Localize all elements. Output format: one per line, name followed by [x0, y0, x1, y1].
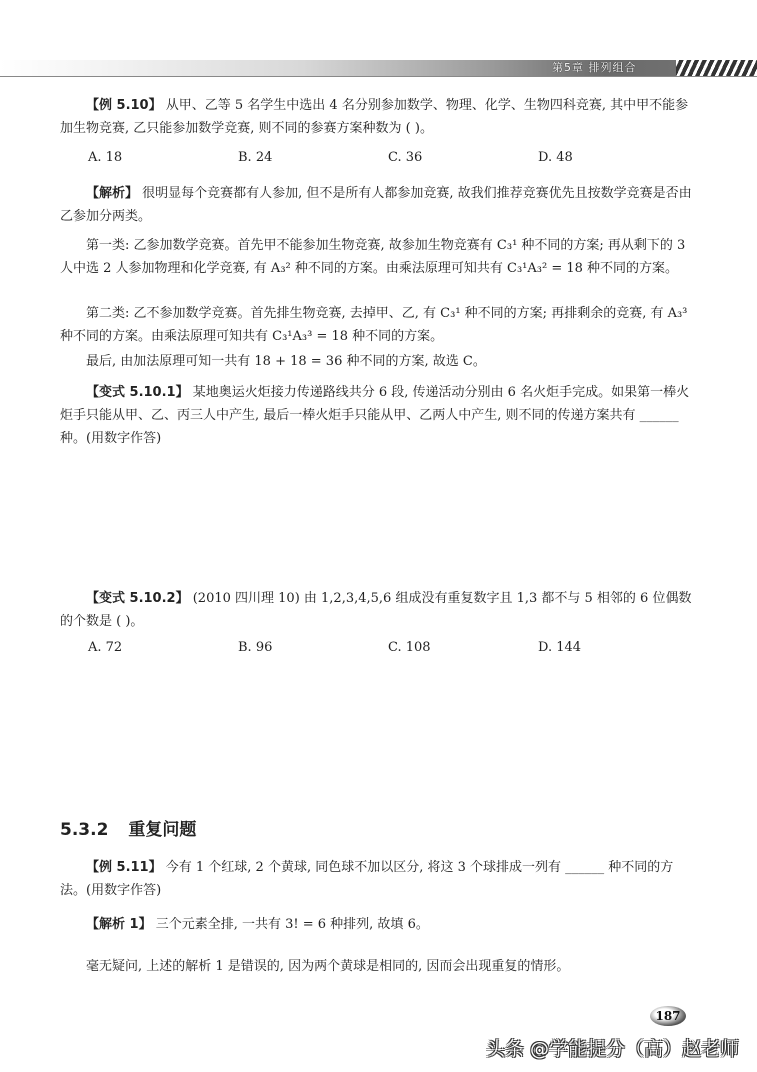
example-tag: 【例 5.10】 [86, 98, 162, 113]
solution-5-10-intro: 【解析】 很明显每个竞赛都有人参加, 但不是所有人都参加竞赛, 故我们推荐竞赛优… [60, 182, 696, 228]
section-heading: 5.3.2 重复问题 [60, 815, 196, 840]
solution-intro: 很明显每个竞赛都有人参加, 但不是所有人都参加竞赛, 故我们推荐竞赛优先且按数学… [60, 186, 692, 224]
page-number: 187 [650, 1006, 686, 1026]
option-a: A. 18 [88, 150, 238, 165]
example-5-10-options: A. 18 B. 24 C. 36 D. 48 [88, 150, 688, 165]
solution-case1: 第一类: 乙参加数学竞赛。首先甲不能参加生物竞赛, 故参加生物竞赛有 C₃¹ 种… [60, 234, 696, 280]
header-stripes [676, 60, 757, 76]
variant-5-10-2: 【变式 5.10.2】 (2010 四川理 10) 由 1,2,3,4,5,6 … [60, 587, 696, 633]
option-d: D. 48 [538, 150, 688, 165]
solution-tag: 【解析 1】 [86, 917, 152, 932]
solution-text: 三个元素全排, 一共有 3! = 6 种排列, 故填 6。 [156, 917, 429, 932]
chapter-title: 第5章 排列组合 [552, 60, 637, 76]
solution-conclusion: 最后, 由加法原理可知一共有 18 + 18 = 36 种不同的方案, 故选 C… [60, 350, 696, 373]
option-b: B. 96 [238, 640, 388, 655]
header-line [0, 76, 757, 77]
option-c: C. 36 [388, 150, 538, 165]
remark: 毫无疑问, 上述的解析 1 是错误的, 因为两个黄球是相同的, 因而会出现重复的… [60, 955, 696, 978]
option-d: D. 144 [538, 640, 688, 655]
variant-tag: 【变式 5.10.2】 [86, 591, 189, 606]
variant-5-10-1: 【变式 5.10.1】 某地奥运火炬接力传递路线共分 6 段, 传递活动分别由 … [60, 381, 696, 450]
example-5-11: 【例 5.11】 今有 1 个红球, 2 个黄球, 同色球不加以区分, 将这 3… [60, 856, 696, 902]
example-5-10: 【例 5.10】 从甲、乙等 5 名学生中选出 4 名分别参加数学、物理、化学、… [60, 94, 696, 140]
option-c: C. 108 [388, 640, 538, 655]
option-b: B. 24 [238, 150, 388, 165]
section-number: 5.3.2 [60, 820, 108, 840]
example-tag: 【例 5.11】 [86, 860, 162, 875]
solution-case2: 第二类: 乙不参加数学竞赛。首先排生物竞赛, 去掉甲、乙, 有 C₃¹ 种不同的… [60, 302, 696, 348]
header-bar [0, 60, 757, 76]
solution-tag: 【解析】 [86, 186, 138, 201]
solution-5-11-1: 【解析 1】 三个元素全排, 一共有 3! = 6 种排列, 故填 6。 [60, 913, 696, 936]
section-title: 重复问题 [128, 820, 196, 840]
variant-tag: 【变式 5.10.1】 [86, 385, 189, 400]
option-a: A. 72 [88, 640, 238, 655]
variant-5-10-2-options: A. 72 B. 96 C. 108 D. 144 [88, 640, 688, 655]
watermark: 头条 @学能提分（高）赵老师 [486, 1034, 739, 1061]
